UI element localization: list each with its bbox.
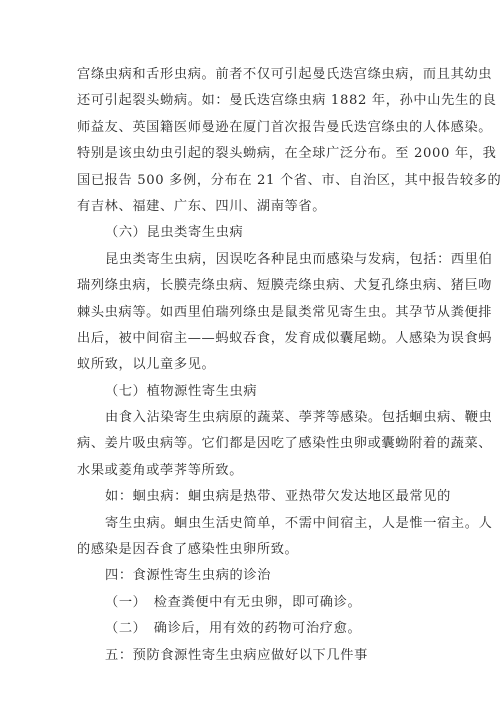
list-item-2: （二） 确诊后，用有效的药物可治疗愈。	[77, 616, 427, 642]
paragraph-line: 师益友、英国籍医师曼逊在厦门首次报告曼氏迭宫绦虫的人体感染。	[77, 115, 424, 141]
paragraph-line: 瑞列绦虫病，长膜壳绦虫病、短膜壳绦虫病、犬复孔绦虫病、猪巨吻	[77, 273, 424, 299]
paragraph-line: 由食入沾染寄生虫病原的蔬菜、荸荠等感染。包括蛔虫病、鞭虫	[77, 405, 424, 431]
section-heading-4: 四：食源性寄生虫病的诊治	[77, 563, 427, 589]
document-page: 宫绦虫病和舌形虫病。前者不仅可引起曼氏迭宫绦虫病，而且其幼虫 还可引起裂头蚴病。…	[77, 62, 427, 669]
section-heading-5: 五：预防食源性寄生虫病应做好以下几件事	[77, 643, 427, 669]
paragraph-line: 蚁所致，以儿童多见。	[77, 352, 427, 378]
paragraph-line: 的感染是因吞食了感染性虫卵所致。	[77, 537, 427, 563]
paragraph-line: 棘头虫病等。如西里伯瑞列绦虫是鼠类常见寄生虫。其孕节从粪便排	[77, 300, 424, 326]
paragraph-line: 水果或菱角或荸荠等所致。	[77, 458, 427, 484]
paragraph-line: 有吉林、福建、广东、四川、湖南等省。	[77, 194, 427, 220]
paragraph-line: 昆虫类寄生虫病，因误吃各种昆虫而感染与发病，包括：西里伯	[77, 247, 424, 273]
paragraph-line: 特别是该虫幼虫引起的裂头蚴病，在全球广泛分布。至 2000 年，我	[77, 141, 424, 167]
list-item-1: （一） 检查粪便中有无虫卵，即可确诊。	[77, 590, 427, 616]
paragraph-line: 还可引起裂头蚴病。如：曼氏迭宫绦虫病 1882 年，孙中山先生的良	[77, 88, 424, 114]
paragraph-line: 如：蛔虫病：蛔虫病是热带、亚热带欠发达地区最常见的	[77, 484, 427, 510]
paragraph-line: 出后，被中间宿主——蚂蚁吞食，发育成似囊尾蚴。人感染为误食蚂	[77, 326, 424, 352]
section-heading-7: （七）植物源性寄生虫病	[77, 379, 427, 405]
paragraph-line: 寄生虫病。蛔虫生活史简单，不需中间宿主，人是惟一宿主。人	[77, 511, 424, 537]
paragraph-line: 宫绦虫病和舌形虫病。前者不仅可引起曼氏迭宫绦虫病，而且其幼虫	[77, 62, 424, 88]
paragraph-line: 病、姜片吸虫病等。它们都是因吃了感染性虫卵或囊蚴附着的蔬菜、	[77, 431, 424, 457]
section-heading-6: （六）昆虫类寄生虫病	[77, 220, 427, 246]
paragraph-line: 国已报告 500 多例，分布在 21 个省、市、自治区，其中报告较多的	[77, 168, 424, 194]
